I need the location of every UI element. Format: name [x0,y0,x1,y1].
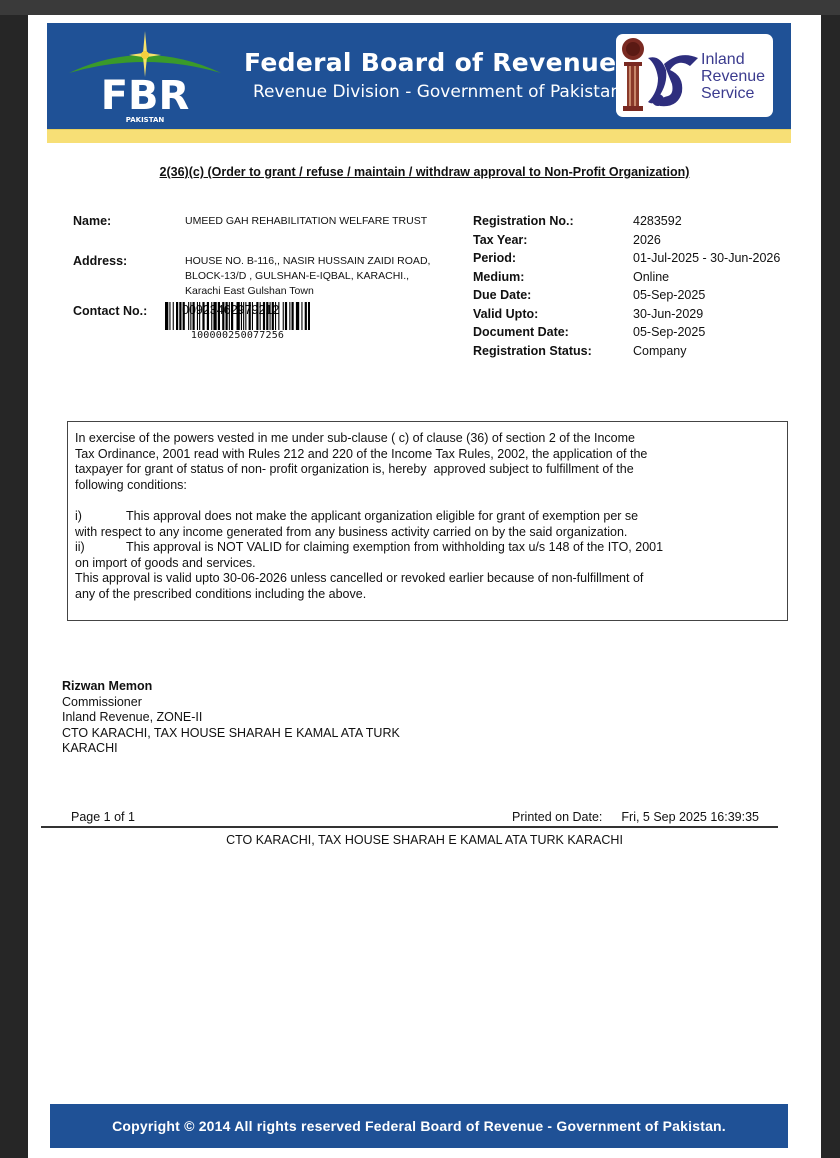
irs-logo-text: Inland Revenue Service [701,51,765,102]
name-label: Name: [73,214,111,228]
irs-logo-box: Inland Revenue Service [616,34,773,117]
address-label: Address: [73,254,127,268]
registration-row: Period:01-Jul-2025 - 30-Jun-2026 [473,251,803,270]
banner-title: Federal Board of Revenue [244,48,616,77]
name-value: UMEED GAH REHABILITATION WELFARE TRUST [185,214,427,229]
address-value: HOUSE NO. B-116,, NASIR HUSSAIN ZAIDI RO… [185,254,475,299]
name-row: Name: UMEED GAH REHABILITATION WELFARE T… [73,213,463,233]
registration-row: Tax Year:2026 [473,233,803,252]
registration-info: Registration No.:4283592Tax Year:2026Per… [473,214,803,362]
document-title: 2(36)(c) (Order to grant / refuse / main… [28,165,821,179]
condition-1: i)This approval does not make the applic… [75,509,780,525]
intro-line: Tax Ordinance, 2001 read with Rules 212 … [75,447,780,463]
registration-value: Company [633,344,687,363]
signatory-designation: Commissioner [62,695,400,711]
approval-statement: In exercise of the powers vested in me u… [67,421,788,621]
viewer-top-bar [0,0,840,15]
banner-subtitle: Revenue Division - Government of Pakista… [253,82,621,102]
registration-label: Valid Upto: [473,307,633,326]
printed-date: Printed on Date:Fri, 5 Sep 2025 16:39:35 [512,810,759,824]
registration-label: Medium: [473,270,633,289]
registration-value: 30-Jun-2029 [633,307,703,326]
condition-2: ii)This approval is NOT VALID for claimi… [75,540,780,556]
contact-label: Contact No.: [73,304,147,318]
registration-row: Registration No.:4283592 [473,214,803,233]
intro-line: following conditions: [75,478,780,494]
condition-2-continuation: on import of goods and services. [75,556,780,572]
signatory-office: Inland Revenue, ZONE-II [62,710,400,726]
signatory-address: CTO KARACHI, TAX HOUSE SHARAH E KAMAL AT… [62,726,400,742]
registration-row: Valid Upto:30-Jun-2029 [473,307,803,326]
closing-line: This approval is valid upto 30-06-2026 u… [75,571,780,587]
registration-label: Registration Status: [473,344,633,363]
closing-line: any of the prescribed conditions includi… [75,587,780,603]
registration-value: 4283592 [633,214,682,233]
irs-pillar-logo-icon [618,36,704,114]
condition-1-continuation: with respect to any income generated fro… [75,525,780,541]
registration-value: 2026 [633,233,661,252]
barcode: 100000250077256 [165,302,310,344]
registration-label: Tax Year: [473,233,633,252]
page-footer: Page 1 of 1 Printed on Date:Fri, 5 Sep 2… [41,810,778,828]
signatory-name: Rizwan Memon [62,679,400,695]
barcode-icon [165,302,310,330]
banner-yellow-stripe [47,129,791,143]
intro-line: In exercise of the powers vested in me u… [75,431,780,447]
registration-label: Due Date: [473,288,633,307]
signatory-block: Rizwan Memon Commissioner Inland Revenue… [62,679,400,757]
registration-value: 05-Sep-2025 [633,325,705,344]
registration-row: Registration Status:Company [473,344,803,363]
registration-label: Registration No.: [473,214,633,233]
footer-address: CTO KARACHI, TAX HOUSE SHARAH E KAMAL AT… [28,833,821,847]
page-number: Page 1 of 1 [71,810,135,824]
registration-row: Due Date:05-Sep-2025 [473,288,803,307]
registration-value: 01-Jul-2025 - 30-Jun-2026 [633,251,780,270]
registration-value: Online [633,270,669,289]
barcode-number: 100000250077256 [165,330,310,341]
fbr-logo-icon: FBR PAKISTAN [65,29,225,125]
document-page: FBR PAKISTAN Federal Board of Revenue Re… [28,15,821,1158]
intro-line: taxpayer for grant of status of non- pro… [75,462,780,478]
registration-row: Medium:Online [473,270,803,289]
signatory-city: KARACHI [62,741,400,757]
registration-row: Document Date:05-Sep-2025 [473,325,803,344]
registration-label: Document Date: [473,325,633,344]
taxpayer-info: Name: UMEED GAH REHABILITATION WELFARE T… [73,213,463,233]
svg-text:PAKISTAN: PAKISTAN [126,116,165,124]
registration-value: 05-Sep-2025 [633,288,705,307]
fbr-header-banner: FBR PAKISTAN Federal Board of Revenue Re… [47,23,791,129]
copyright-bar: Copyright © 2014 All rights reserved Fed… [50,1104,788,1148]
svg-text:FBR: FBR [101,73,190,119]
registration-label: Period: [473,251,633,270]
